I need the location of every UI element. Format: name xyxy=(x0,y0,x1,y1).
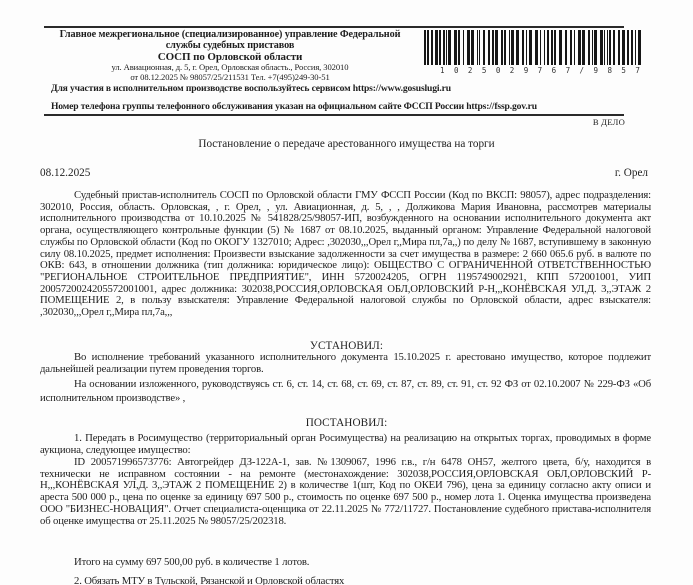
barcode-digit: 2 xyxy=(468,66,473,75)
org-name-line2: службы судебных приставов xyxy=(40,40,420,51)
phone-service-note: Номер телефона группы телефонного обслуж… xyxy=(51,101,537,112)
gosuslugi-note: Для участия в исполнительном производств… xyxy=(51,83,451,94)
barcode-digit: 7 xyxy=(538,66,543,75)
header-top-rule xyxy=(44,26,624,28)
barcode-digit: 9 xyxy=(593,66,598,75)
resolved-item-2-partial: 2. Обязать МТУ в Тульской, Рязанской и О… xyxy=(40,576,651,585)
barcode-digit: 7 xyxy=(635,66,640,75)
org-name-line1: Главное межрегиональное (специализирован… xyxy=(40,29,420,40)
document-page: Главное межрегиональное (специализирован… xyxy=(0,0,693,585)
barcode-digit: 8 xyxy=(607,66,612,75)
barcode-digit: 5 xyxy=(482,66,487,75)
established-paragraph-1: Во исполнение требований указанного испо… xyxy=(40,352,651,375)
total-sum: Итого на сумму 697 500,00 руб. в количес… xyxy=(40,557,651,569)
property-description: ID 200571996573776: Автогрейдер ДЗ-122А-… xyxy=(40,457,651,527)
barcode-digit: 1 xyxy=(440,66,445,75)
header-bottom-rule xyxy=(44,114,624,116)
document-date: 08.12.2025 xyxy=(40,167,90,179)
barcode-icon xyxy=(424,30,644,65)
resolved-item-1: 1. Передать в Росимущество (территориаль… xyxy=(40,433,651,456)
barcode-digit: 5 xyxy=(621,66,626,75)
section-heading-resolved: ПОСТАНОВИЛ: xyxy=(0,417,693,429)
document-title: Постановление о передаче арестованного и… xyxy=(0,138,693,150)
barcode-digit: 9 xyxy=(524,66,529,75)
barcode-digit: 0 xyxy=(496,66,501,75)
barcode-digit: 2 xyxy=(510,66,515,75)
barcode-digit: / xyxy=(580,66,585,75)
intro-paragraph: Судебный пристав-исполнитель СОСП по Орл… xyxy=(40,190,651,319)
registration-number: от 08.12.2025 № 98057/25/211531 Тел. +7(… xyxy=(40,73,420,83)
barcode-digit: 7 xyxy=(566,66,571,75)
established-paragraph-2: На основании изложенного, руководствуясь… xyxy=(40,377,651,405)
barcode-digit: 6 xyxy=(552,66,557,75)
barcode-digit: 0 xyxy=(454,66,459,75)
barcode-digits: 1025029767/9857 xyxy=(440,66,640,75)
issuing-organization-block: Главное межрегиональное (специализирован… xyxy=(40,29,420,82)
document-city: г. Орел xyxy=(615,167,648,179)
filing-mark: В ДЕЛО xyxy=(593,117,625,127)
